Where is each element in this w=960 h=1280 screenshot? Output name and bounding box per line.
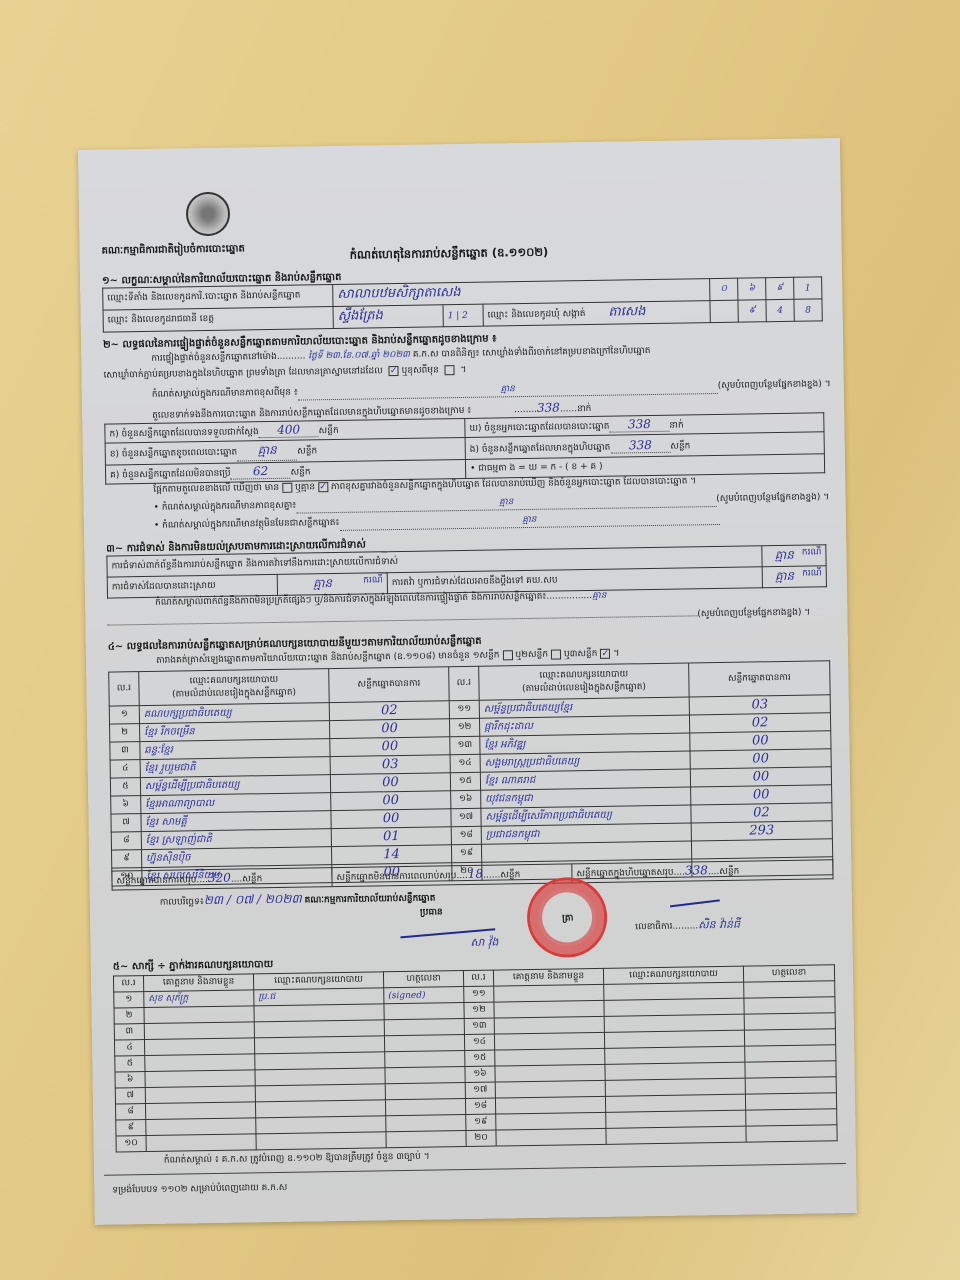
witness-name (144, 1006, 254, 1024)
row-number: ១៨ (465, 1098, 495, 1114)
witness-signature (744, 981, 835, 998)
witness-name (495, 1064, 605, 1082)
row-number: ១២ (449, 718, 479, 736)
row-number: ៦ (115, 1072, 145, 1088)
witness-signature (744, 997, 835, 1014)
vote-count: 02 (329, 701, 449, 721)
row-number: ១០ (116, 1136, 146, 1152)
two-sheets-checkbox[interactable] (551, 649, 561, 659)
nec-logo-icon (186, 192, 231, 237)
witness-signature (386, 1115, 466, 1132)
date-line: កាលបរិច្ឆេទ៖២៣ / ០៧ / ២០២៣ គណៈកម្មការការ… (160, 888, 436, 910)
witness-name: សុខ សុភ័ក្ត្រ (144, 990, 254, 1008)
col-number: ល.រ (113, 976, 143, 992)
province-value: ស្ទឹងត្រែង (333, 305, 443, 329)
commune-code-digit: 8 (794, 299, 822, 321)
row-number: ១២ (464, 1002, 494, 1018)
col-number: ល.រ (463, 970, 493, 986)
witness-signature (385, 1099, 465, 1116)
witness-name (494, 984, 604, 1002)
witness-name (145, 1102, 255, 1120)
valid-total: សន្លឹកឆ្នោតបានការសរុប....320....សន្លឹក (112, 868, 332, 890)
witness-name (144, 1022, 254, 1040)
row-number: ១៤ (450, 754, 480, 772)
witness-signature (744, 1013, 835, 1030)
witness-signature: (signed) (384, 987, 464, 1004)
vote-count: 00 (691, 785, 832, 805)
ballot-figures-table: ក) ចំនួនសន្លឹកឆ្នោតដែលបានទទួលជាក់ស្តែង40… (104, 412, 825, 484)
witness-signature (384, 1003, 464, 1020)
witness-name (495, 1096, 605, 1114)
row-number: ១៩ (466, 1114, 496, 1130)
row-number: ១៦ (451, 790, 481, 808)
col-votes: សន្លឹកឆ្នោតបានការ (329, 667, 450, 703)
row-number: ២ (110, 724, 140, 742)
secretary-signature (670, 899, 720, 907)
witness-signature (384, 1035, 464, 1052)
objections-value: គ្មាន ករណី (762, 545, 826, 567)
vote-count: 00 (690, 767, 831, 787)
vote-count: 03 (330, 755, 450, 775)
witness-name (494, 1032, 604, 1050)
seal-note-line: កំណត់សម្គាល់ក្នុងករណីមានភាពខុសពីមុន ៖គ្ម… (152, 378, 831, 403)
row-number: ១ (114, 992, 144, 1008)
vote-count (691, 839, 832, 859)
discrepancy-yes-checkbox[interactable] (282, 482, 292, 492)
vote-count: 02 (689, 713, 830, 733)
one-sheet-checkbox[interactable] (502, 650, 512, 660)
changed-checkbox[interactable] (445, 365, 455, 375)
col-signature: ហត្ថលេខា (383, 971, 463, 988)
witness-name (494, 1000, 604, 1018)
vote-count: 00 (330, 737, 450, 757)
witness-name (495, 1048, 605, 1066)
row-number: ១៧ (465, 1082, 495, 1098)
organization-name: គណៈកម្មាធិការជាតិរៀបចំការបោះឆ្នោត (101, 241, 244, 258)
row-number: ៨ (115, 1104, 145, 1120)
witness-signature (384, 1019, 464, 1036)
vote-count: 02 (691, 803, 832, 823)
row-number: ១៥ (450, 772, 480, 790)
secretary-line: លេខាធិការ.........សិន វ៉ាន់ធី (635, 918, 740, 936)
section5-heading: ៥~ សាក្សី ÷ ភ្នាក់ងារគណបក្សនយោបាយ (113, 957, 274, 975)
witness-name (145, 1086, 255, 1104)
row-number: ៥ (110, 778, 140, 796)
col-party: ឈ្មោះគណបក្សនយោបាយ(តាមលំដាប់លេខរៀងក្នុងសន… (139, 669, 330, 706)
discrepancy-no-checkbox[interactable]: ✓ (318, 482, 328, 492)
row-number: ៥ (115, 1056, 145, 1072)
witness-signature (385, 1067, 465, 1084)
col-party: ឈ្មោះគណបក្សនយោបាយ(តាមលំដាប់លេខរៀងក្នុងសន… (479, 663, 690, 700)
witness-signature (744, 1029, 835, 1046)
vote-count: 01 (331, 827, 451, 847)
vote-count: 14 (331, 845, 451, 865)
row-number: ៧ (115, 1088, 145, 1104)
row-number: ៩ (112, 850, 142, 868)
witness-signature (385, 1051, 465, 1068)
row-number: ២០ (466, 1130, 496, 1146)
stamp-label: ត្រា (562, 912, 573, 925)
form-title: កំណត់ហេតុនៃការរាប់សន្លឹកឆ្នោត (ឧ.១១០២) (350, 245, 549, 265)
witness-party (256, 1132, 386, 1150)
commune-code-digit: ៩ (738, 300, 766, 322)
chair-name: សា វ៉ុង (470, 935, 498, 951)
witness-signature (746, 1109, 837, 1126)
witness-name (146, 1134, 256, 1152)
col-name: គោត្តនាម និងនាមខ្លួន (493, 968, 603, 986)
party-results-table: ល.រ ឈ្មោះគណបក្សនយោបាយ(តាមលំដាប់លេខរៀងក្ន… (108, 660, 833, 886)
row-number: ១៩ (451, 844, 481, 862)
resolved-value: គ្មាន ករណី (277, 573, 387, 596)
witness-name (495, 1080, 605, 1098)
col-signature: ហត្ថលេខា (743, 965, 834, 982)
form-footer: ទម្រង់បែបបទ ១១០២ សម្រាប់បំពេញដោយ គ.ក.ស (112, 1182, 287, 1198)
invalid-total: សន្លឹកឆ្នោតមិនបានការពេលរាប់សរុប....18...… (332, 864, 572, 887)
province-code: 1 | 2 (443, 304, 483, 327)
chair-label: ប្រធាន (420, 906, 443, 919)
witness-signature (385, 1083, 465, 1100)
row-number: ៣ (110, 742, 140, 760)
witness-signature (745, 1093, 836, 1110)
witness-name (145, 1070, 255, 1088)
province-label: ឈ្មោះ និងលេខកូដរាជធានី ខេត្ត (103, 307, 333, 333)
location-code-digit: ៦ (738, 278, 766, 300)
election-form-paper: គណៈកម្មាធិការជាតិរៀបចំការបោះឆ្នោត កំណត់ហ… (78, 138, 857, 1225)
col-votes: សន្លឹកឆ្នោតបានការ (689, 661, 831, 697)
witness-name (496, 1112, 606, 1130)
commune-cell: ឈ្មោះ និងលេខកូដឃុំ សង្កាត់ តាសេង (483, 301, 710, 327)
vote-count: 00 (331, 809, 451, 829)
row-number: ១៧ (451, 808, 481, 826)
location-code-digit: 1 (794, 277, 822, 299)
row-number: ១១ (449, 700, 479, 718)
vote-count: 00 (331, 791, 451, 811)
witness-name (146, 1118, 256, 1136)
col-name: គោត្តនាម និងនាមខ្លួន (143, 974, 253, 992)
witness-name (496, 1128, 606, 1146)
row-number: ៤ (114, 1040, 144, 1056)
witness-name (494, 1016, 604, 1034)
vote-count: 03 (689, 695, 830, 715)
row-number: ១ (109, 706, 139, 724)
location-code-digit: ០ (710, 278, 738, 300)
appeals-value: គ្មាន ករណី (762, 566, 826, 588)
vote-count: 293 (691, 821, 832, 841)
witness-signature (745, 1061, 836, 1078)
three-sheets-checkbox[interactable]: ✓ (600, 648, 610, 658)
row-number: ១១ (464, 986, 494, 1002)
vote-count: 00 (329, 719, 449, 739)
location-code-digit: ៩ (766, 277, 794, 299)
witness-table: ល.រ គោត្តនាម និងនាមខ្លួន ឈ្មោះគណបក្សនយោប… (113, 964, 838, 1152)
row-number: ៤ (110, 760, 140, 778)
intact-checkbox[interactable]: ✓ (389, 365, 399, 375)
row-number: ១៤ (464, 1034, 494, 1050)
witness-name (145, 1054, 255, 1072)
vote-count: 00 (690, 749, 831, 769)
row-number: ៣ (114, 1024, 144, 1040)
irregularities-fill-hint: (សូមបំពេញបន្ថែមផ្នែកខាងខ្នង) ។ (107, 607, 810, 631)
row-number: ១៥ (465, 1050, 495, 1066)
row-number: ៩ (116, 1120, 146, 1136)
seal-status-line: សោឃ្លាំចាក់ភ្ជាប់គម្របខាងក្នុងនៃហិបឆ្នោត… (103, 364, 466, 383)
witness-signature (746, 1125, 837, 1142)
row-number: ១៣ (464, 1018, 494, 1034)
witness-party (606, 1126, 746, 1144)
completion-note: កំណត់សម្គាល់ ៖ គ.ក.ស ត្រូវបំពេញ ឧ.១១០២ ឱ… (164, 1151, 430, 1168)
row-number: ១៨ (451, 826, 481, 844)
vote-count: 00 (330, 773, 450, 793)
witness-signature (745, 1077, 836, 1094)
row-number: ៨ (111, 832, 141, 850)
box-total: សន្លឹកឆ្នោតក្នុងហិបឆ្នោតសរុប....338....ស… (572, 860, 833, 883)
commune-code-digit: 4 (766, 299, 794, 321)
col-number: ល.រ (449, 666, 480, 700)
vote-count: 00 (690, 731, 831, 751)
witness-name (144, 1038, 254, 1056)
witness-signature (745, 1045, 836, 1062)
witness-signature (386, 1131, 466, 1148)
row-number: ១៦ (465, 1066, 495, 1082)
col-number: ល.រ (109, 672, 140, 706)
row-number: ២ (114, 1008, 144, 1024)
row-number: ៧ (111, 814, 141, 832)
row-number: ១៣ (450, 736, 480, 754)
row-number: ៦ (111, 796, 141, 814)
